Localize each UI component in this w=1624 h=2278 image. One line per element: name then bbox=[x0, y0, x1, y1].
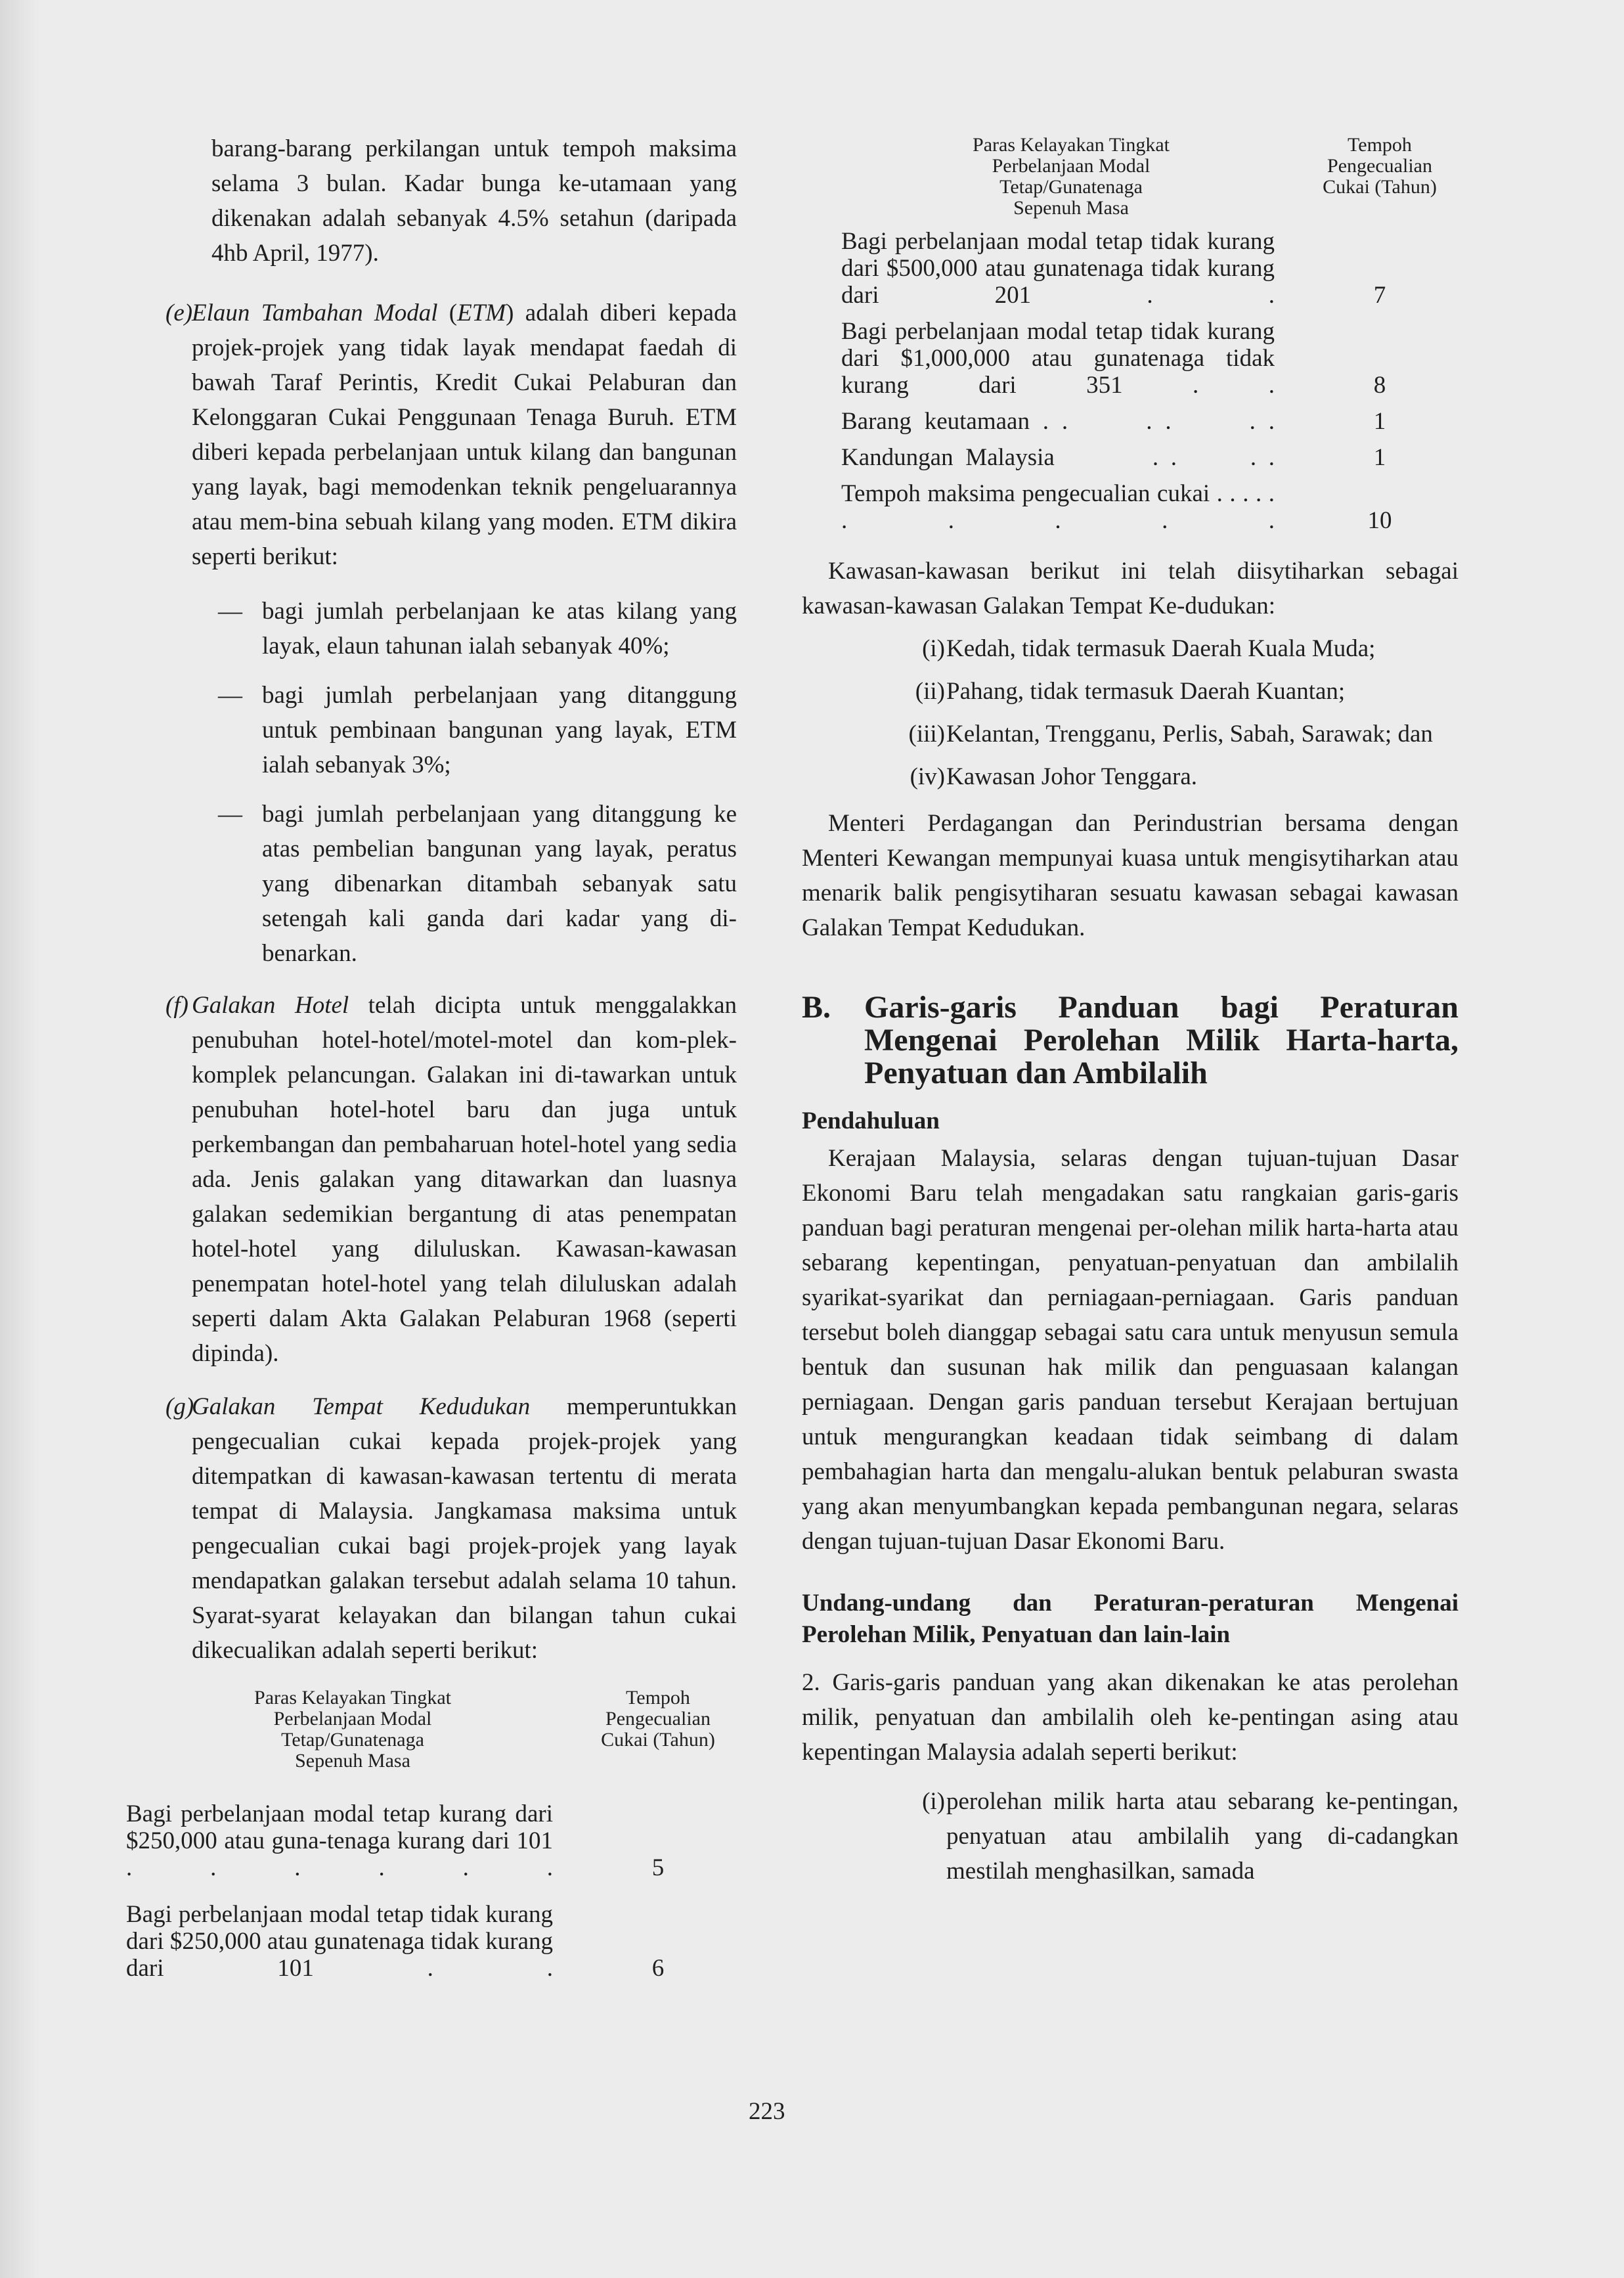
item-g-label: (g) bbox=[165, 1389, 194, 1424]
item-e-body: ) adalah diberi kepada projek-projek yan… bbox=[192, 300, 737, 570]
column-header-years: Tempoh Pengecualian Cukai (Tahun) bbox=[1301, 135, 1459, 219]
item-f-label: (f) bbox=[165, 988, 188, 1023]
table-row: Bagi perbelanjaan modal tetap tidak kura… bbox=[841, 309, 1459, 399]
item-f-text: Galakan Hotel telah dicipta untuk mengga… bbox=[192, 988, 737, 1371]
table-row: Tempoh maksima pengecualian cukai . . . … bbox=[841, 471, 1459, 534]
item-f: (f) Galakan Hotel telah dicipta untuk me… bbox=[192, 988, 737, 1371]
table-row: Bagi perbelanjaan modal tetap kurang dar… bbox=[126, 1772, 737, 1881]
section-b-heading: B. Garis-garis Panduan bagi Peraturan Me… bbox=[802, 991, 1459, 1090]
item-e: (e) Elaun Tambahan Modal (ETM) adalah di… bbox=[192, 296, 737, 574]
table-row: Kandungan Malaysia . . . . 1 bbox=[841, 435, 1459, 471]
page-edge-shadow bbox=[0, 0, 39, 2278]
intro-paragraph: Kerajaan Malaysia, selaras dengan tujuan… bbox=[802, 1141, 1459, 1559]
area-item: (ii) Pahang, tidak termasuk Daerah Kuant… bbox=[854, 674, 1459, 709]
exemption-table-part-2: Paras Kelayakan Tingkat Perbelanjaan Mod… bbox=[841, 135, 1459, 534]
table-row: Barang keutamaan . . . . . . 1 bbox=[841, 399, 1459, 435]
page-number: 223 bbox=[749, 2097, 785, 2126]
area-item: (i) Kedah, tidak termasuk Daerah Kuala M… bbox=[854, 631, 1459, 666]
item-g-title: Galakan Tempat Kedudukan bbox=[192, 1393, 530, 1420]
table-row: Bagi perbelanjaan modal tetap tidak kura… bbox=[126, 1881, 737, 1982]
etm-rate-item: — bagi jumlah perbelanjaan ke atas kilan… bbox=[192, 594, 737, 663]
paragraph-2: 2. Garis-garis panduan yang akan dikenak… bbox=[802, 1665, 1459, 1770]
area-number: (ii) bbox=[915, 674, 945, 709]
guideline-number: (i) bbox=[922, 1784, 945, 1819]
item-e-title: Elaun Tambahan Modal bbox=[192, 300, 438, 326]
continuation-paragraph: barang-barang perkilangan untuk tempoh m… bbox=[211, 0, 737, 271]
area-number: (iii) bbox=[909, 717, 945, 751]
dash-bullet: — bbox=[218, 797, 242, 832]
exemption-table-part-1: Paras Kelayakan Tingkat Perbelanjaan Mod… bbox=[126, 1687, 737, 1982]
item-f-title: Galakan Hotel bbox=[192, 992, 349, 1019]
table-row: Bagi perbelanjaan modal tetap tidak kura… bbox=[841, 219, 1459, 309]
column-header-criteria: Paras Kelayakan Tingkat Perbelanjaan Mod… bbox=[841, 135, 1301, 219]
guideline-list: (i) perolehan milik harta atau sebarang … bbox=[854, 1784, 1459, 1888]
area-item: (iii) Kelantan, Trengganu, Perlis, Sabah… bbox=[854, 717, 1459, 751]
section-b-title: Garis-garis Panduan bagi Peraturan Menge… bbox=[864, 990, 1459, 1090]
item-e-abbr: ETM bbox=[457, 300, 506, 326]
column-header-criteria: Paras Kelayakan Tingkat Perbelanjaan Mod… bbox=[126, 1687, 579, 1772]
item-e-label: (e) bbox=[165, 296, 192, 330]
dash-bullet: — bbox=[218, 594, 242, 629]
left-column: barang-barang perkilangan untuk tempoh m… bbox=[126, 0, 737, 1982]
right-column: Paras Kelayakan Tingkat Perbelanjaan Mod… bbox=[802, 135, 1459, 1888]
guideline-item: (i) perolehan milik harta atau sebarang … bbox=[854, 1784, 1459, 1888]
item-g-text: Galakan Tempat Kedudukan memperuntukkan … bbox=[192, 1389, 737, 1668]
minister-paragraph: Menteri Perdagangan dan Perindustrian be… bbox=[802, 806, 1459, 945]
area-number: (iv) bbox=[910, 759, 945, 794]
laws-heading: Undang-undang dan Peraturan-peraturan Me… bbox=[802, 1588, 1459, 1651]
etm-rate-item: — bagi jumlah perbelanjaan yang ditanggu… bbox=[192, 797, 737, 971]
area-list: (i) Kedah, tidak termasuk Daerah Kuala M… bbox=[854, 631, 1459, 794]
areas-intro: Kawasan-kawasan berikut ini telah diisyt… bbox=[802, 554, 1459, 623]
area-item: (iv) Kawasan Johor Tenggara. bbox=[854, 759, 1459, 794]
intro-heading: Pendahuluan bbox=[802, 1105, 1459, 1137]
etm-rate-item: — bagi jumlah perbelanjaan yang ditanggu… bbox=[192, 678, 737, 782]
dash-bullet: — bbox=[218, 678, 242, 713]
etm-rate-list: — bagi jumlah perbelanjaan ke atas kilan… bbox=[192, 594, 737, 971]
item-g: (g) Galakan Tempat Kedudukan memperuntuk… bbox=[192, 1389, 737, 1668]
column-header-years: Tempoh Pengecualian Cukai (Tahun) bbox=[579, 1687, 737, 1772]
section-b-label: B. bbox=[802, 991, 831, 1024]
area-number: (i) bbox=[922, 631, 945, 666]
item-e-text: Elaun Tambahan Modal (ETM) adalah diberi… bbox=[192, 296, 737, 574]
